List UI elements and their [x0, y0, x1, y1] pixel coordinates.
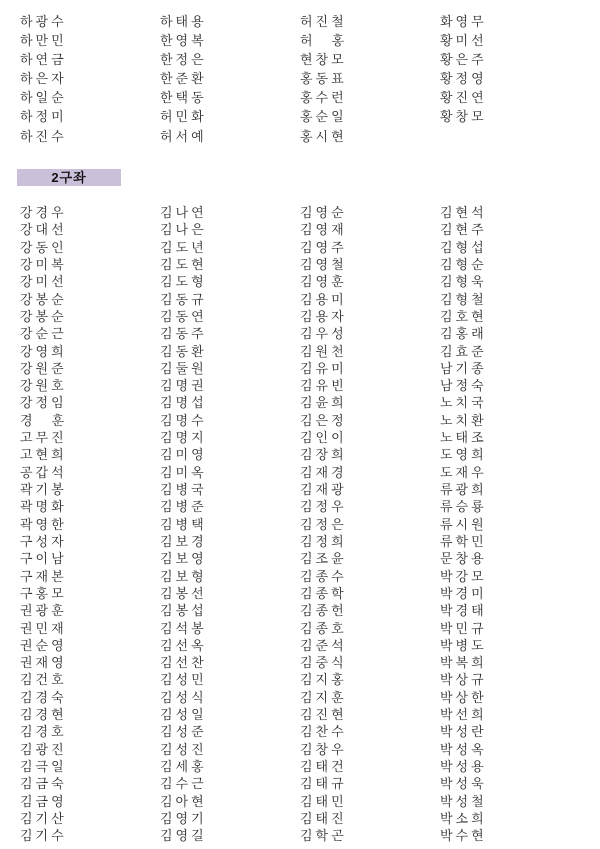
- list-item: 강봉순: [20, 308, 155, 325]
- list-item: 김성준: [160, 723, 295, 740]
- list-item: 김창우: [300, 741, 435, 758]
- list-item: 김영순: [300, 204, 435, 221]
- name-column-3: 허진철허 홍현창모홍동표홍수런홍순일홍시현: [300, 12, 435, 146]
- list-item: 김금숙: [20, 775, 155, 792]
- list-item: 김준석: [300, 637, 435, 654]
- list-item: 김선찬: [160, 654, 295, 671]
- list-item: 김홍래: [440, 325, 575, 342]
- list-item: 황진연: [440, 88, 575, 107]
- list-item: 노태조: [440, 429, 575, 446]
- list-item: 박경미: [440, 585, 575, 602]
- list-item: 황은주: [440, 50, 575, 69]
- list-item: 김세홍: [160, 758, 295, 775]
- list-item: 김재경: [300, 464, 435, 481]
- list-item: 강순근: [20, 325, 155, 342]
- list-item: 김둘원: [160, 360, 295, 377]
- list-item: 홍순일: [300, 107, 435, 126]
- list-item: 구성자: [20, 533, 155, 550]
- list-item: 김명지: [160, 429, 295, 446]
- list-item: 하정미: [20, 107, 155, 126]
- list-item: 공갑석: [20, 464, 155, 481]
- list-item: 박성용: [440, 758, 575, 775]
- list-item: 홍수런: [300, 88, 435, 107]
- list-item: 김형욱: [440, 273, 575, 290]
- name-column-2: 김나연김나은김도년김도현김도형김동규김동연김동주김동환김둘원김명권김명섭김명수김…: [160, 204, 295, 845]
- list-item: 김성진: [160, 741, 295, 758]
- list-item: 김종호: [300, 620, 435, 637]
- list-item: 김도년: [160, 239, 295, 256]
- list-item: 하태용: [160, 12, 295, 31]
- list-item: 김장희: [300, 446, 435, 463]
- list-item: 김나연: [160, 204, 295, 221]
- list-item: 박민규: [440, 620, 575, 637]
- list-item: 김영재: [300, 221, 435, 238]
- list-item: 류승룡: [440, 498, 575, 515]
- list-item: 홍시현: [300, 127, 435, 146]
- list-item: 권민재: [20, 620, 155, 637]
- list-item: 김미영: [160, 446, 295, 463]
- list-item: 박성욱: [440, 775, 575, 792]
- list-item: 김경호: [20, 723, 155, 740]
- list-item: 박상규: [440, 671, 575, 688]
- section-header: 2구좌: [17, 169, 121, 186]
- list-item: 김기산: [20, 810, 155, 827]
- list-item: 강대선: [20, 221, 155, 238]
- name-column-1: 하광수하만민하연금하은자하일순하정미하진수: [20, 12, 155, 146]
- list-item: 곽영한: [20, 516, 155, 533]
- list-item: 김종학: [300, 585, 435, 602]
- list-item: 허 홍: [300, 31, 435, 50]
- list-item: 김도형: [160, 273, 295, 290]
- list-item: 구홍모: [20, 585, 155, 602]
- list-item: 남정숙: [440, 377, 575, 394]
- list-item: 류광희: [440, 481, 575, 498]
- list-item: 박복희: [440, 654, 575, 671]
- list-item: 김정우: [300, 498, 435, 515]
- list-item: 김광진: [20, 741, 155, 758]
- list-item: 김윤희: [300, 394, 435, 411]
- list-item: 김수근: [160, 775, 295, 792]
- list-item: 현창모: [300, 50, 435, 69]
- list-item: 김경숙: [20, 689, 155, 706]
- list-item: 김현주: [440, 221, 575, 238]
- list-item: 박병도: [440, 637, 575, 654]
- list-item: 권순영: [20, 637, 155, 654]
- list-item: 한택동: [160, 88, 295, 107]
- list-item: 김아현: [160, 793, 295, 810]
- list-item: 김성민: [160, 671, 295, 688]
- list-item: 김성식: [160, 689, 295, 706]
- list-item: 김도현: [160, 256, 295, 273]
- list-item: 김유미: [300, 360, 435, 377]
- list-item: 김금영: [20, 793, 155, 810]
- list-item: 도재우: [440, 464, 575, 481]
- list-item: 곽명화: [20, 498, 155, 515]
- list-item: 김유빈: [300, 377, 435, 394]
- list-item: 김정은: [300, 516, 435, 533]
- list-item: 박성옥: [440, 741, 575, 758]
- document-page: 하광수하만민하연금하은자하일순하정미하진수 하태용한영복한정은한준환한택동허민화…: [0, 0, 600, 849]
- list-item: 김선옥: [160, 637, 295, 654]
- list-item: 박성철: [440, 793, 575, 810]
- section-header-label: 2구좌: [51, 170, 86, 185]
- list-item: 김봉섭: [160, 602, 295, 619]
- list-item: 김호현: [440, 308, 575, 325]
- list-item: 노치국: [440, 394, 575, 411]
- list-item: 권재영: [20, 654, 155, 671]
- list-item: 김동연: [160, 308, 295, 325]
- list-item: 김명수: [160, 412, 295, 429]
- list-item: 김병택: [160, 516, 295, 533]
- list-item: 김종헌: [300, 602, 435, 619]
- list-item: 김봉선: [160, 585, 295, 602]
- list-item: 강원준: [20, 360, 155, 377]
- list-item: 구이남: [20, 550, 155, 567]
- list-item: 김용미: [300, 291, 435, 308]
- list-item: 김정희: [300, 533, 435, 550]
- list-item: 한준환: [160, 69, 295, 88]
- list-item: 김보형: [160, 568, 295, 585]
- list-item: 허진철: [300, 12, 435, 31]
- list-item: 김건호: [20, 671, 155, 688]
- list-item: 강동인: [20, 239, 155, 256]
- list-item: 김태규: [300, 775, 435, 792]
- list-item: 고현희: [20, 446, 155, 463]
- list-item: 하만민: [20, 31, 155, 50]
- name-column-4: 김현석김현주김형섭김형순김형욱김형철김호현김홍래김효준남기종남정숙노치국노치환노…: [440, 204, 575, 845]
- name-column-4: 화영무황미선황은주황정영황진연황창모: [440, 12, 575, 127]
- list-item: 김동주: [160, 325, 295, 342]
- list-item: 박소희: [440, 810, 575, 827]
- list-item: 김보경: [160, 533, 295, 550]
- name-column-1: 강경우강대선강동인강미복강미선강봉순강봉순강순근강영희강원준강원호강정임경 훈고…: [20, 204, 155, 845]
- list-item: 황미선: [440, 31, 575, 50]
- list-item: 김형섭: [440, 239, 575, 256]
- list-item: 강봉순: [20, 291, 155, 308]
- list-item: 강미선: [20, 273, 155, 290]
- list-item: 김보영: [160, 550, 295, 567]
- list-item: 박경태: [440, 602, 575, 619]
- list-item: 김영주: [300, 239, 435, 256]
- list-item: 김병국: [160, 481, 295, 498]
- name-column-2: 하태용한영복한정은한준환한택동허민화허서예: [160, 12, 295, 146]
- list-item: 황정영: [440, 69, 575, 88]
- list-item: 허민화: [160, 107, 295, 126]
- name-column-3: 김영순김영재김영주김영철김영훈김용미김용자김우성김원천김유미김유빈김윤희김은정김…: [300, 204, 435, 845]
- list-item: 류시원: [440, 516, 575, 533]
- list-item: 김나은: [160, 221, 295, 238]
- list-item: 김동환: [160, 343, 295, 360]
- list-item: 김석봉: [160, 620, 295, 637]
- list-item: 김극일: [20, 758, 155, 775]
- list-item: 김명섭: [160, 394, 295, 411]
- list-item: 강미복: [20, 256, 155, 273]
- list-item: 박수현: [440, 827, 575, 844]
- list-item: 하은자: [20, 69, 155, 88]
- list-item: 김영기: [160, 810, 295, 827]
- list-item: 김태민: [300, 793, 435, 810]
- list-item: 허서예: [160, 127, 295, 146]
- list-item: 김형철: [440, 291, 575, 308]
- list-item: 박선희: [440, 706, 575, 723]
- list-item: 김지훈: [300, 689, 435, 706]
- list-item: 김조윤: [300, 550, 435, 567]
- list-item: 박상한: [440, 689, 575, 706]
- list-item: 김태건: [300, 758, 435, 775]
- list-item: 김은정: [300, 412, 435, 429]
- list-item: 강정임: [20, 394, 155, 411]
- list-item: 황창모: [440, 107, 575, 126]
- list-item: 하진수: [20, 127, 155, 146]
- list-item: 김동규: [160, 291, 295, 308]
- list-item: 박성란: [440, 723, 575, 740]
- list-item: 김원천: [300, 343, 435, 360]
- list-item: 고무진: [20, 429, 155, 446]
- list-item: 한영복: [160, 31, 295, 50]
- list-item: 곽기봉: [20, 481, 155, 498]
- list-item: 하일순: [20, 88, 155, 107]
- list-item: 김태진: [300, 810, 435, 827]
- list-item: 김미옥: [160, 464, 295, 481]
- list-item: 김종수: [300, 568, 435, 585]
- list-item: 경 훈: [20, 412, 155, 429]
- list-item: 김성일: [160, 706, 295, 723]
- list-item: 김효준: [440, 343, 575, 360]
- list-item: 노치환: [440, 412, 575, 429]
- list-item: 화영무: [440, 12, 575, 31]
- list-item: 하연금: [20, 50, 155, 69]
- list-item: 김지홍: [300, 671, 435, 688]
- list-item: 김명권: [160, 377, 295, 394]
- list-item: 강원호: [20, 377, 155, 394]
- list-item: 김진현: [300, 706, 435, 723]
- list-item: 류학민: [440, 533, 575, 550]
- list-item: 강경우: [20, 204, 155, 221]
- list-item: 박강모: [440, 568, 575, 585]
- list-item: 김병준: [160, 498, 295, 515]
- list-item: 김인이: [300, 429, 435, 446]
- list-item: 김우성: [300, 325, 435, 342]
- list-item: 김경현: [20, 706, 155, 723]
- list-item: 김형순: [440, 256, 575, 273]
- list-item: 김용자: [300, 308, 435, 325]
- list-item: 김찬수: [300, 723, 435, 740]
- list-item: 한정은: [160, 50, 295, 69]
- list-item: 김현석: [440, 204, 575, 221]
- list-item: 김영훈: [300, 273, 435, 290]
- list-item: 김학곤: [300, 827, 435, 844]
- list-item: 김기수: [20, 827, 155, 844]
- list-item: 하광수: [20, 12, 155, 31]
- list-item: 권광훈: [20, 602, 155, 619]
- list-item: 김중식: [300, 654, 435, 671]
- list-item: 김영철: [300, 256, 435, 273]
- list-item: 김재광: [300, 481, 435, 498]
- list-item: 도영희: [440, 446, 575, 463]
- list-item: 구재본: [20, 568, 155, 585]
- list-item: 강영희: [20, 343, 155, 360]
- list-item: 홍동표: [300, 69, 435, 88]
- list-item: 문창용: [440, 550, 575, 567]
- list-item: 남기종: [440, 360, 575, 377]
- list-item: 김영길: [160, 827, 295, 844]
